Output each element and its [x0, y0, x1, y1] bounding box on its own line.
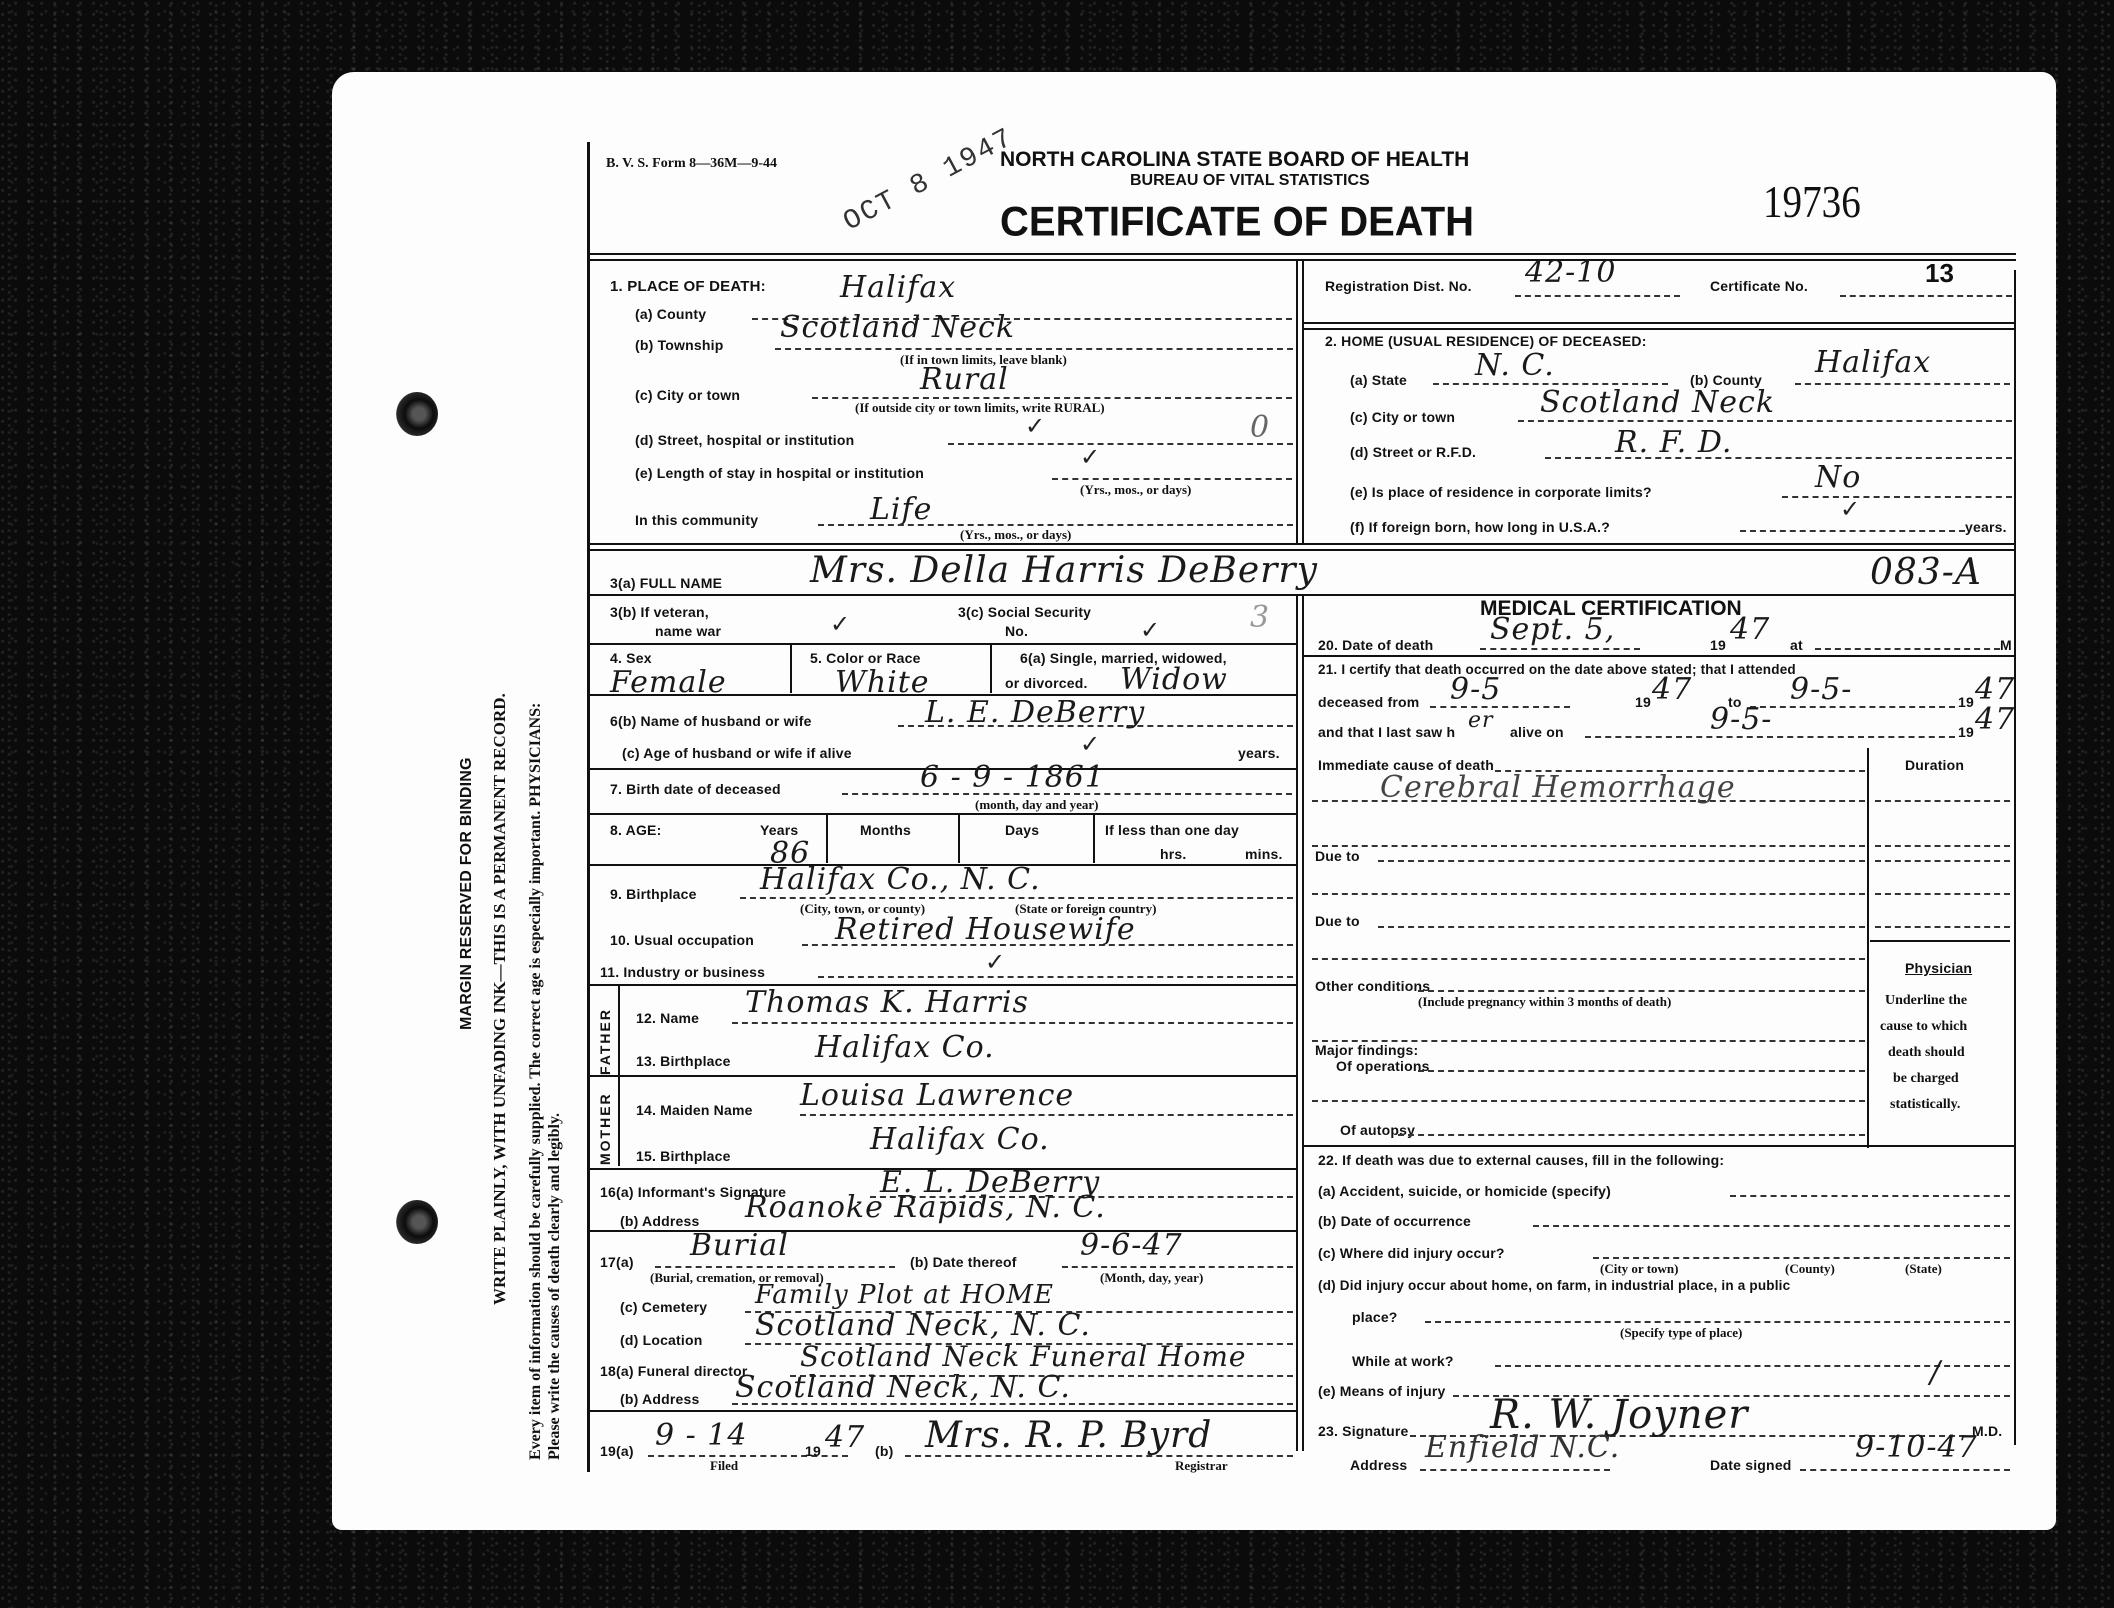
- major-findings-label: Major findings:: [1315, 1042, 1418, 1058]
- external-d-hint: (Specify type of place): [1620, 1325, 1742, 1341]
- home-state-value: N. C.: [1475, 348, 1555, 383]
- death-date-label: 20. Date of death: [1318, 637, 1433, 653]
- age-mins-label: mins.: [1245, 846, 1283, 862]
- center-divider-top-a: [1296, 260, 1298, 545]
- veteran-check: ✓: [830, 610, 850, 638]
- attended-from-year-prefix: 19: [1635, 694, 1651, 710]
- physician-note-title: Physician: [1905, 960, 1972, 976]
- full-name-label: 3(a) FULL NAME: [610, 575, 722, 591]
- birth-date-hint: (month, day and year): [975, 797, 1099, 813]
- external-d-label: (d) Did injury occur about home, on farm…: [1318, 1278, 1790, 1293]
- home-city-label: (c) City or town: [1350, 409, 1455, 425]
- death-date-value: Sept. 5,: [1490, 612, 1615, 647]
- external-c-hint-2: (County): [1785, 1261, 1835, 1277]
- external-c-label: (c) Where did injury occur?: [1318, 1245, 1505, 1261]
- mother-name-label: 14. Maiden Name: [636, 1102, 753, 1118]
- social-security-label: 3(c) Social Security: [958, 604, 1091, 620]
- burial-date-hint: (Month, day, year): [1100, 1270, 1203, 1286]
- city-hint: (If outside city or town limits, write R…: [855, 400, 1105, 416]
- age-hrs-label: hrs.: [1160, 846, 1186, 862]
- physician-signature-label: 23. Signature: [1318, 1423, 1409, 1439]
- physician-address-label: Address: [1350, 1457, 1407, 1473]
- birth-date-label: 7. Birth date of deceased: [610, 781, 781, 797]
- filed-year-prefix: 19: [805, 1443, 821, 1459]
- death-city-value: Rural: [920, 362, 1009, 397]
- filed-caption: Filed: [710, 1458, 738, 1474]
- date-signed-value: 9-10-47: [1855, 1430, 1978, 1465]
- spouse-age-unit: years.: [1238, 745, 1280, 761]
- occupation-value: Retired Housewife: [835, 912, 1136, 947]
- mother-birthplace-value: Halifax Co.: [870, 1122, 1050, 1157]
- agency-name: NORTH CAROLINA STATE BOARD OF HEALTH: [1000, 148, 1469, 172]
- mother-tag: MOTHER: [597, 1092, 613, 1165]
- date-signed-label: Date signed: [1710, 1457, 1792, 1473]
- death-township-value: Scotland Neck: [780, 310, 1015, 345]
- due-to-label-2: Due to: [1315, 913, 1360, 929]
- margin-instructions-2: Please write the causes of death clearly…: [546, 1113, 564, 1460]
- home-foreign-unit: years.: [1965, 519, 2007, 535]
- home-street-value: R. F. D.: [1615, 425, 1732, 460]
- physician-note-line-1: Underline the: [1885, 993, 1967, 1009]
- full-name-value: Mrs. Della Harris DeBerry: [810, 550, 1318, 591]
- community-value: Life: [870, 492, 932, 527]
- death-stay-check: ✓: [1080, 443, 1100, 471]
- other-conditions-label: Other conditions: [1315, 978, 1430, 994]
- industry-label: 11. Industry or business: [600, 964, 765, 980]
- death-year-value: 47: [1730, 612, 1770, 647]
- burial-date-value: 9-6-47: [1080, 1228, 1183, 1263]
- file-number: 19736: [1763, 175, 1861, 228]
- spouse-age-check: ✓: [1080, 730, 1100, 758]
- last-saw-alive-label: alive on: [1510, 724, 1564, 740]
- father-tag: FATHER: [597, 1008, 613, 1075]
- home-corporate-label: (e) Is place of residence in corporate l…: [1350, 484, 1652, 500]
- spouse-label: 6(b) Name of husband or wife: [610, 713, 812, 729]
- margin-instructions-1: Every item of information should be care…: [527, 703, 545, 1460]
- funeral-director-value: Scotland Neck Funeral Home: [800, 1340, 1247, 1373]
- director-address-value: Scotland Neck, N. C.: [735, 1370, 1071, 1405]
- certify-text: 21. I certify that death occurred on the…: [1318, 662, 1796, 677]
- father-birthplace-label: 13. Birthplace: [636, 1053, 731, 1069]
- certificate-no-value: 13: [1925, 258, 1954, 289]
- home-street-label: (d) Street or R.F.D.: [1350, 444, 1476, 460]
- physician-note-line-4: be charged: [1893, 1071, 1959, 1087]
- form-left-border: [587, 142, 590, 1472]
- veteran-label: 3(b) If veteran,: [610, 604, 709, 620]
- last-saw-year: 47: [1975, 702, 2015, 737]
- death-street-check: ✓: [1025, 412, 1045, 440]
- last-saw-year-prefix: 19: [1958, 724, 1974, 740]
- social-security-check: ✓: [1140, 616, 1160, 644]
- father-name-value: Thomas K. Harris: [745, 985, 1029, 1020]
- center-divider-bot-b: [1302, 596, 1304, 1451]
- home-foreign-check: ✓: [1840, 495, 1860, 523]
- home-state-label: (a) State: [1350, 372, 1407, 388]
- external-c-hint-1: (City or town): [1600, 1261, 1678, 1277]
- filed-label: 19(a): [600, 1443, 634, 1459]
- physician-address-value: Enfield N.C.: [1425, 1430, 1620, 1465]
- street-margin-mark: 0: [1250, 410, 1270, 445]
- birthplace-label: 9. Birthplace: [610, 886, 697, 902]
- home-city-value: Scotland Neck: [1540, 385, 1775, 420]
- burial-date-label: (b) Date thereof: [910, 1254, 1017, 1270]
- spouse-age-label: (c) Age of husband or wife if alive: [622, 745, 852, 761]
- attended-from-year: 47: [1652, 672, 1692, 707]
- cemetery-value: Family Plot at HOME: [755, 1280, 1054, 1310]
- father-name-label: 12. Name: [636, 1010, 699, 1026]
- last-saw-value: 9-5-: [1710, 702, 1772, 737]
- race-label: 5. Color or Race: [810, 650, 921, 666]
- attended-from-value: 9-5: [1450, 672, 1501, 707]
- binding-hole-bottom: [396, 1200, 438, 1244]
- physician-note-line-5: statistically.: [1890, 1097, 1960, 1113]
- age-less-day-label: If less than one day: [1105, 822, 1239, 838]
- death-county-label: (a) County: [635, 306, 706, 322]
- external-heading: 22. If death was due to external causes,…: [1318, 1152, 1724, 1168]
- certificate-no-label: Certificate No.: [1710, 278, 1808, 294]
- filed-date-value: 9 - 14: [655, 1418, 747, 1453]
- registration-dist-value: 42-10: [1525, 255, 1616, 290]
- due-to-label-1: Due to: [1315, 848, 1360, 864]
- mother-birthplace-label: 15. Birthplace: [636, 1148, 731, 1164]
- attended-to-year-prefix: 19: [1958, 694, 1974, 710]
- registrar-caption: Registrar: [1175, 1458, 1228, 1474]
- birth-date-value: 6 - 9 - 1861: [920, 760, 1105, 795]
- industry-check: ✓: [985, 948, 1005, 976]
- registrar-label: (b): [875, 1443, 893, 1459]
- home-corporate-value: No: [1815, 460, 1861, 495]
- center-divider-bot-a: [1296, 596, 1298, 1451]
- cemetery-label: (c) Cemetery: [620, 1299, 707, 1315]
- registrar-signature: Mrs. R. P. Byrd: [925, 1415, 1212, 1456]
- stay-hint: (Yrs., mos., or days): [1080, 482, 1191, 498]
- informant-address-label: (b) Address: [620, 1213, 699, 1229]
- age-days-label: Days: [1005, 822, 1039, 838]
- means-of-injury-label: (e) Means of injury: [1318, 1383, 1445, 1399]
- external-c-hint-3: (State): [1905, 1261, 1942, 1277]
- external-b-label: (b) Date of occurrence: [1318, 1213, 1471, 1229]
- community-hint: (Yrs., mos., or days): [960, 527, 1071, 543]
- marital-value: Widow: [1120, 662, 1228, 697]
- location-label: (d) Location: [620, 1332, 703, 1348]
- director-address-label: (b) Address: [620, 1391, 699, 1407]
- margin-ink-note: WRITE PLAINLY, WITH UNFADING INK—THIS IS…: [490, 693, 510, 1305]
- means-mark: /: [1930, 1355, 1941, 1390]
- death-at-label: at: [1790, 637, 1803, 653]
- document-title: CERTIFICATE OF DEATH: [1000, 199, 1474, 246]
- birthplace-value: Halifax Co., N. C.: [760, 862, 1041, 897]
- mother-name-value: Louisa Lawrence: [800, 1078, 1074, 1113]
- form-id: B. V. S. Form 8—36M—9-44: [606, 156, 777, 172]
- social-security-label-2: No.: [1005, 623, 1028, 639]
- death-year-prefix: 19: [1710, 637, 1726, 653]
- margin-binding-note: MARGIN RESERVED FOR BINDING: [458, 757, 476, 1030]
- attended-to-value: 9-5-: [1790, 672, 1852, 707]
- other-conditions-hint: (Include pregnancy within 3 months of de…: [1418, 994, 1671, 1010]
- ss-margin-mark: 3: [1250, 600, 1270, 635]
- community-label: In this community: [635, 512, 758, 528]
- death-stay-label: (e) Length of stay in hospital or instit…: [635, 465, 924, 481]
- operations-label: Of operations: [1336, 1058, 1430, 1074]
- location-value: Scotland Neck, N. C.: [755, 1308, 1091, 1343]
- veteran-label-2: name war: [655, 623, 721, 639]
- binding-hole-top: [396, 392, 438, 436]
- sex-label: 4. Sex: [610, 650, 652, 666]
- external-d-label-2: place?: [1352, 1309, 1398, 1325]
- home-heading: 2. HOME (USUAL RESIDENCE) OF DECEASED:: [1325, 333, 1647, 349]
- informant-address-value: Roanoke Rapids, N. C.: [745, 1190, 1106, 1225]
- filed-year-value: 47: [825, 1420, 865, 1455]
- form-right-border: [2014, 270, 2016, 1445]
- marital-label-2: or divorced.: [1005, 675, 1088, 691]
- death-township-label: (b) Township: [635, 337, 723, 353]
- death-city-label: (c) City or town: [635, 387, 740, 403]
- record-code: 083-A: [1870, 552, 1982, 593]
- burial-type-label: 17(a): [600, 1254, 634, 1270]
- occupation-label: 10. Usual occupation: [610, 932, 754, 948]
- home-foreign-label: (f) If foreign born, how long in U.S.A.?: [1350, 519, 1610, 535]
- death-street-label: (d) Street, hospital or institution: [635, 432, 854, 448]
- bureau-name: BUREAU OF VITAL STATISTICS: [1130, 172, 1370, 190]
- title-rule-1: [590, 253, 2016, 255]
- attended-from-label: deceased from: [1318, 694, 1419, 710]
- age-label: 8. AGE:: [610, 822, 661, 838]
- registration-dist-label: Registration Dist. No.: [1325, 278, 1472, 294]
- physician-note-line-3: death should: [1888, 1045, 1965, 1061]
- last-saw-pronoun: er: [1468, 708, 1494, 733]
- last-saw-label: and that I last saw h: [1318, 724, 1455, 740]
- center-divider-top-b: [1302, 260, 1304, 545]
- death-m-label: M: [2000, 637, 2012, 653]
- external-a-label: (a) Accident, suicide, or homicide (spec…: [1318, 1183, 1611, 1199]
- home-county-value: Halifax: [1815, 345, 1931, 380]
- duration-label: Duration: [1905, 757, 1964, 773]
- while-at-work-label: While at work?: [1352, 1353, 1454, 1369]
- place-of-death-heading: 1. PLACE OF DEATH:: [610, 278, 766, 295]
- age-months-label: Months: [860, 822, 911, 838]
- funeral-director-label: 18(a) Funeral director: [600, 1363, 748, 1379]
- physician-note-line-2: cause to which: [1880, 1019, 1967, 1035]
- father-birthplace-value: Halifax Co.: [815, 1030, 995, 1065]
- death-county-value: Halifax: [840, 270, 956, 305]
- burial-type-value: Burial: [690, 1228, 789, 1263]
- spouse-value: L. E. DeBerry: [925, 695, 1145, 730]
